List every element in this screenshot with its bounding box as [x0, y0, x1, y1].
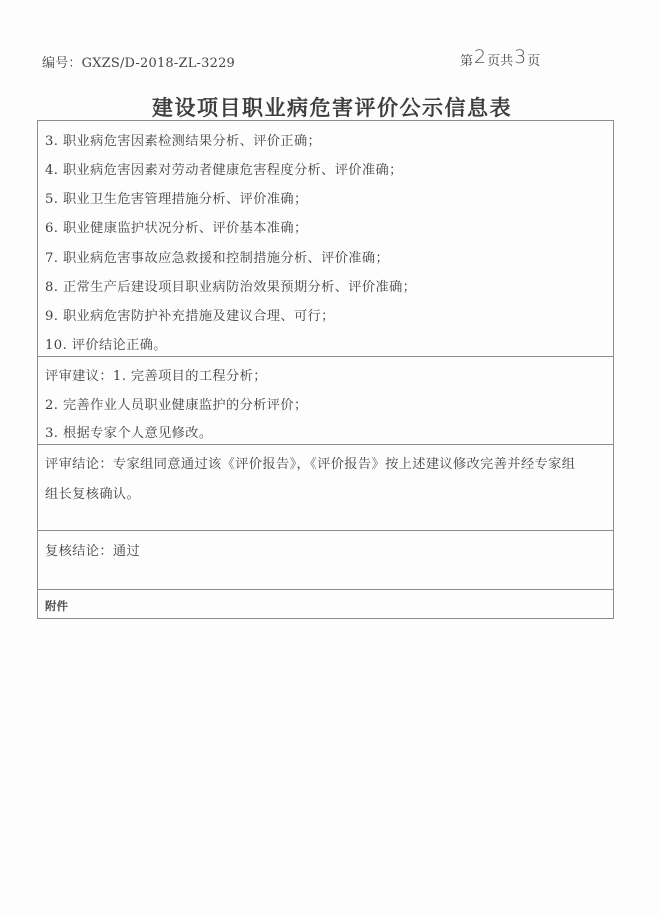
suggestion-item: 评审建议：1. 完善项目的工程分析； [45, 365, 267, 384]
criteria-item: 3. 职业病危害因素检测结果分析、评价正确； [45, 130, 321, 149]
page-title: 建设项目职业病危害评价公示信息表 [0, 92, 658, 122]
suggestion-item: 2. 完善作业人员职业健康监护的分析评价； [45, 394, 308, 413]
conclusion-line: 组长复核确认。 [45, 483, 140, 502]
criteria-item: 6. 职业健康监护状况分析、评价基本准确； [45, 217, 308, 236]
attachment-section: 附件 [38, 589, 613, 618]
page-suffix: 页 [527, 50, 540, 69]
attachment-label: 附件 [45, 598, 68, 614]
criteria-item: 9. 职业病危害防护补充措施及建议合理、可行； [45, 305, 335, 324]
recheck-conclusion-section: 复核结论：通过 [38, 530, 613, 589]
criteria-item: 4. 职业病危害因素对劳动者健康危害程度分析、评价准确； [45, 159, 403, 178]
total-page-number: 3 [514, 46, 526, 68]
review-conclusion-section: 评审结论：专家组同意通过该《评价报告》，《评价报告》按上述建议修改完善并经专家组… [38, 444, 613, 530]
page-middle: 页共 [487, 50, 513, 69]
recheck-conclusion-text: 复核结论：通过 [45, 540, 140, 559]
page-prefix: 第 [460, 50, 473, 69]
criteria-item: 8. 正常生产后建设项目职业病防治效果预期分析、评价准确； [45, 276, 416, 295]
current-page-number: 2 [474, 46, 486, 68]
suggestion-item: 3. 根据专家个人意见修改。 [45, 422, 212, 441]
evaluation-criteria-section: 3. 职业病危害因素检测结果分析、评价正确； 4. 职业病危害因素对劳动者健康危… [38, 121, 613, 356]
review-suggestions-section: 评审建议：1. 完善项目的工程分析； 2. 完善作业人员职业健康监护的分析评价；… [38, 356, 613, 444]
criteria-item: 5. 职业卫生危害管理措施分析、评价准确； [45, 188, 308, 207]
criteria-item: 7. 职业病危害事故应急救援和控制措施分析、评价准确； [45, 247, 389, 266]
page-indicator: 第 2 页共 3 页 [460, 48, 540, 70]
conclusion-line: 评审结论：专家组同意通过该《评价报告》，《评价报告》按上述建议修改完善并经专家组 [45, 453, 575, 472]
document-number: 编号：GXZS/D-2018-ZL-3229 [42, 52, 235, 71]
info-table: 3. 职业病危害因素检测结果分析、评价正确； 4. 职业病危害因素对劳动者健康危… [37, 120, 614, 619]
criteria-item: 10. 评价结论正确。 [45, 334, 167, 353]
